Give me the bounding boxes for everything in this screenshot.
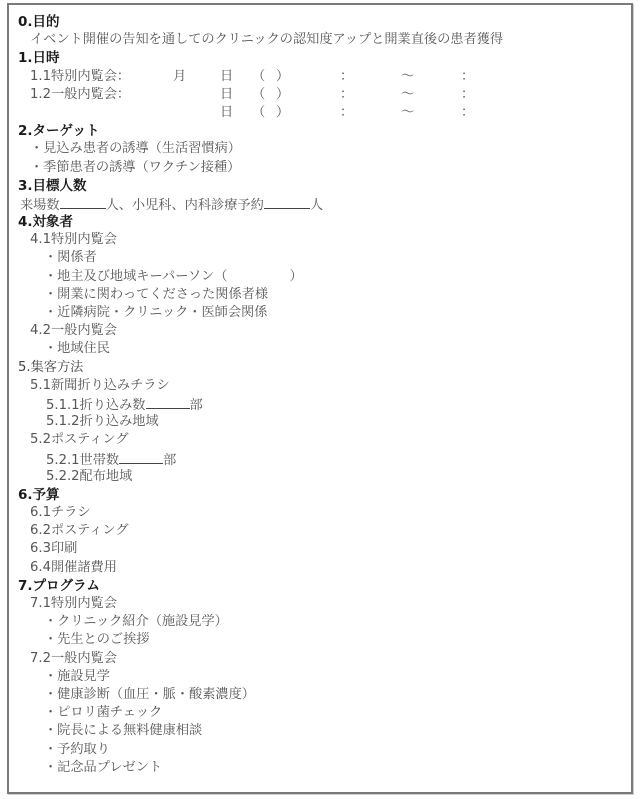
- tilde: ～: [401, 104, 414, 122]
- time-colon: ：: [340, 104, 353, 122]
- visitor-count-blank[interactable]: [60, 195, 106, 209]
- paren-close: ）: [289, 269, 302, 284]
- heading-audience: 4.対象者: [18, 213, 630, 231]
- day-label: 日: [220, 68, 233, 86]
- visitor-count-label: 来場数: [20, 198, 60, 213]
- list-item: 6.2ポスティング: [18, 522, 630, 540]
- heading-program: 7.プログラム: [18, 577, 630, 595]
- datetime-label: 1.1特別内覧会：: [30, 69, 130, 84]
- time-colon: ：: [340, 86, 353, 104]
- list-item: ・記念品プレゼント: [18, 759, 630, 777]
- time-colon: ：: [340, 68, 353, 86]
- reservation-count-blank[interactable]: [264, 195, 310, 209]
- list-item: 6.3印刷: [18, 540, 630, 558]
- paren-close: ）: [276, 86, 289, 104]
- list-item: ・先生とのご挨拶: [18, 631, 630, 649]
- datetime-row: 1.2一般内覧会： 日 （ ） ： ～ ：: [18, 86, 630, 104]
- day-label: 日: [220, 104, 233, 122]
- subheading: 4.1特別内覧会: [18, 231, 630, 249]
- paren-open: （: [252, 68, 265, 86]
- list-item: ・健康診断（血圧・脈・酸素濃度）: [18, 686, 630, 704]
- datetime-row: 1.1特別内覧会： 月 日 （ ） ： ～ ：: [18, 68, 630, 86]
- tilde: ～: [401, 68, 414, 86]
- list-item: ・見込み患者の誘導（生活習慣病）: [18, 140, 630, 158]
- list-item: 5.2.1世帯数部: [18, 450, 630, 468]
- subheading: 5.2ポスティング: [18, 431, 630, 449]
- list-item-text: ・地主及び地域キーパーソン（: [44, 269, 227, 284]
- list-item: ・クリニック紹介（施設見学）: [18, 613, 630, 631]
- list-item: ・ピロリ菌チェック: [18, 704, 630, 722]
- list-item: 6.4開催諸費用: [18, 559, 630, 577]
- subheading: 7.1特別内覧会: [18, 595, 630, 613]
- paren-open: （: [252, 86, 265, 104]
- heading-goal-count: 3.目標人数: [18, 177, 630, 195]
- list-item: ・予約取り: [18, 741, 630, 759]
- list-item: ・地域住民: [18, 340, 630, 358]
- list-item: 5.2.2配布地域: [18, 468, 630, 486]
- item-label: 5.2.1世帯数: [46, 453, 119, 468]
- goal-count-line: 来場数人、小児科、内科診療予約人: [18, 195, 630, 213]
- heading-target: 2.ターゲット: [18, 122, 630, 140]
- unit-label: 部: [163, 453, 176, 468]
- heading-budget: 6.予算: [18, 486, 630, 504]
- insert-count-blank[interactable]: [146, 395, 190, 409]
- list-item: ・院長による無料健康相談: [18, 722, 630, 740]
- list-item: 5.1.2折り込み地域: [18, 413, 630, 431]
- tilde: ～: [401, 86, 414, 104]
- person-unit: 人: [310, 198, 323, 213]
- datetime-row: 日 （ ） ： ～ ：: [18, 104, 630, 122]
- list-item: ・関係者: [18, 249, 630, 267]
- list-item: ・季節患者の誘導（ワクチン接種）: [18, 159, 630, 177]
- household-count-blank[interactable]: [119, 450, 163, 464]
- list-item: ・開業に関わってくださった関係者様: [18, 286, 630, 304]
- unit-label: 部: [190, 398, 203, 413]
- time-colon: ：: [461, 104, 474, 122]
- subheading: 5.1新聞折り込みチラシ: [18, 377, 630, 395]
- reservation-label: 人、小児科、内科診療予約: [106, 198, 264, 213]
- month-label: 月: [173, 68, 186, 86]
- subheading: 7.2一般内覧会: [18, 650, 630, 668]
- paren-open: （: [252, 104, 265, 122]
- list-item: 6.1チラシ: [18, 504, 630, 522]
- heading-purpose: 0.目的: [18, 13, 630, 31]
- datetime-label: 1.2一般内覧会：: [30, 87, 130, 102]
- list-item: 5.1.1折り込み数部: [18, 395, 630, 413]
- subheading: 4.2一般内覧会: [18, 322, 630, 340]
- paren-close: ）: [276, 68, 289, 86]
- purpose-text: イベント開催の告知を通してのクリニックの認知度アップと開業直後の患者獲得: [18, 31, 630, 49]
- heading-promotion: 5.集客方法: [18, 359, 630, 377]
- list-item: ・地主及び地域キーパーソン（）: [18, 268, 630, 286]
- time-colon: ：: [461, 86, 474, 104]
- time-colon: ：: [461, 68, 474, 86]
- day-label: 日: [220, 86, 233, 104]
- list-item: ・近隣病院・クリニック・医師会関係: [18, 304, 630, 322]
- heading-datetime: 1.日時: [18, 49, 630, 67]
- document-body: 0.目的 イベント開催の告知を通してのクリニックの認知度アップと開業直後の患者獲…: [18, 13, 630, 777]
- list-item: ・施設見学: [18, 668, 630, 686]
- item-label: 5.1.1折り込み数: [46, 398, 146, 413]
- paren-close: ）: [276, 104, 289, 122]
